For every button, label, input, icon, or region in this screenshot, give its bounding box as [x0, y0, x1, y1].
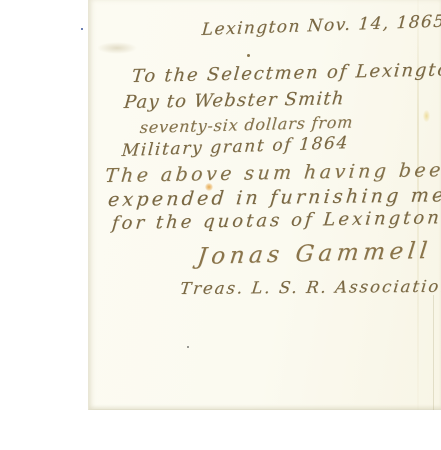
body-line-salutation: To the Selectmen of Lexington: [131, 59, 441, 87]
paper-smudge: [423, 110, 430, 122]
body-line-note-1: The above sum having been: [104, 159, 441, 187]
document-scan-view: Lexington Nov. 14, 1865 To the Selectmen…: [0, 0, 441, 450]
body-line-note-2: expended in furnishing men: [107, 184, 441, 211]
signature: Jonas Gammell: [196, 238, 433, 270]
dateline: Lexington Nov. 14, 1865: [201, 12, 441, 40]
paper-smudge: [97, 42, 137, 54]
body-line-note-3: for the quotas of Lexington: [111, 207, 441, 234]
signature-title: Treas. L. S. R. Association: [179, 277, 441, 298]
letter-paper: Lexington Nov. 14, 1865 To the Selectmen…: [88, 0, 441, 410]
paper-speck: [187, 346, 189, 348]
body-line-fund: Military grant of 1864: [121, 133, 350, 161]
scan-speck: [81, 28, 83, 30]
ink-dot: [247, 54, 250, 57]
paper-edge-shadow: [433, 295, 434, 410]
body-line-payee: Pay to Webster Smith: [123, 88, 346, 113]
